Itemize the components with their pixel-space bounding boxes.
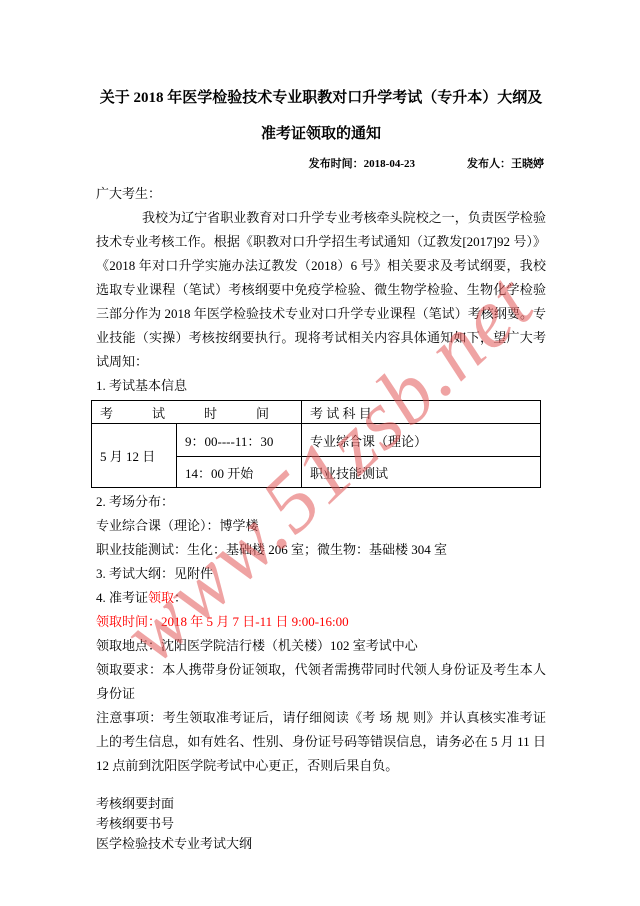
exam-schedule-table: 考 试 时 间 考 试 科 目 5 月 12 日 9：00----11：30 专… [91,400,541,488]
notice-page: www.51zsb.net 关于 2018 年医学检验技术专业职教对口升学考试（… [0,0,640,906]
attachment-line-outline: 医学检验技术专业考试大纲 [96,834,546,854]
notice-content: 关于 2018 年医学检验技术专业职教对口升学考试（专升本）大纲及 准考证领取的… [96,80,546,854]
notice-paragraph: 注意事项：考生领取准考证后，请仔细阅读《考 场 规 则》并认真核实准考证上的考生… [96,706,546,778]
section-3-line: 3. 考试大纲：见附件 [96,562,546,586]
venue-skill-line: 职业技能测试：生化：基础楼 206 室；微生物：基础楼 304 室 [96,538,546,562]
pickup-time-line: 领取时间：2018 年 5 月 7 日-11 日 9:00-16:00 [96,610,546,634]
page-title: 关于 2018 年医学检验技术专业职教对口升学考试（专升本）大纲及 准考证领取的… [96,80,546,152]
section-4-heading: 4. 准考证领取： [96,586,546,610]
salutation: 广大考生： [96,182,546,206]
publisher: 发布人：王晓婷 [467,156,544,172]
publish-meta: 发布时间：2018-04-23 发布人：王晓婷 [96,156,546,172]
publish-time: 发布时间：2018-04-23 [309,156,415,172]
page-title-line1: 关于 2018 年医学检验技术专业职教对口升学考试（专升本）大纲及 [96,80,546,116]
exam-time-cell: 9：00----11：30 [177,424,302,457]
page-title-line2: 准考证领取的通知 [96,116,546,152]
table-header-exam-subject: 考 试 科 目 [302,401,541,424]
section-4-red-word: 领取 [148,590,174,605]
section-1-heading: 1. 考试基本信息 [96,374,546,398]
attachment-line-cover: 考核纲要封面 [96,794,546,814]
pickup-requirement-line: 领取要求：本人携带身份证领取，代领者需携带同时代领人身份证及考生本人身份证 [96,658,546,706]
exam-subject-cell: 专业综合课（理论） [302,424,541,457]
exam-time-cell: 14：00 开始 [177,457,302,488]
exam-subject-cell: 职业技能测试 [302,457,541,488]
section-4-prefix: 4. 准考证 [96,590,148,605]
table-row: 5 月 12 日 9：00----11：30 专业综合课（理论） [92,424,541,457]
section-4-colon: ： [174,590,187,605]
attachment-line-isbn: 考核纲要书号 [96,814,546,834]
exam-date-cell: 5 月 12 日 [92,424,177,488]
section-2-heading: 2. 考场分布： [96,490,546,514]
pickup-place-line: 领取地点：沈阳医学院洁行楼（机关楼）102 室考试中心 [96,634,546,658]
venue-theory-line: 专业综合课（理论）：博学楼 [96,514,546,538]
intro-paragraph: 我校为辽宁省职业教育对口升学专业考核牵头院校之一，负责医学检验技术专业考核工作。… [96,206,546,374]
attachments-list: 考核纲要封面 考核纲要书号 医学检验技术专业考试大纲 [96,794,546,854]
table-header-row: 考 试 时 间 考 试 科 目 [92,401,541,424]
table-header-exam-time: 考 试 时 间 [92,401,302,424]
